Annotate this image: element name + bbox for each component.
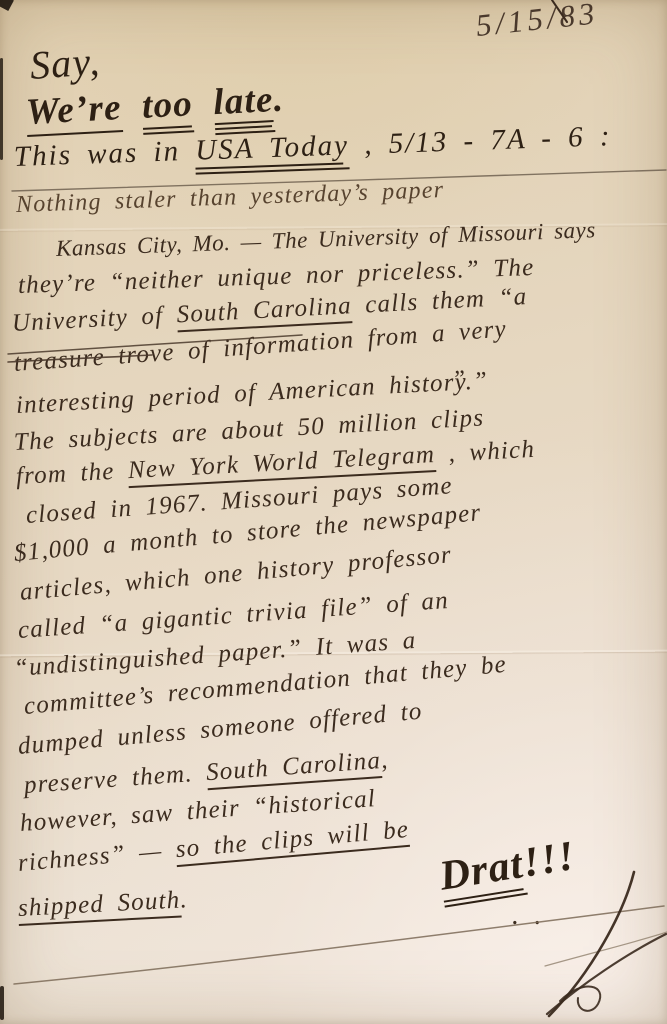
line-opening-seg-4: late: [212, 79, 275, 135]
line-source-seg-0: This was in: [13, 135, 195, 173]
line-body-7-seg-0: from the: [15, 457, 128, 490]
line-opening-seg-2: too: [141, 83, 194, 135]
line-opening-seg-5: .: [272, 79, 285, 120]
line-body-3-seg-1: South Carolina: [176, 292, 353, 332]
line-closing-dots-seg-0: . .: [512, 900, 543, 931]
line-stray-close-quote: ”: [451, 367, 467, 392]
line-body-15-seg-0: preserve them.: [23, 759, 207, 799]
line-opening-seg-1: [121, 86, 144, 128]
line-body-7-seg-2: , which: [434, 436, 535, 468]
line-body-17-seg-0: richness” —: [17, 836, 177, 877]
scan-edge-strip-left-bottom: [0, 986, 4, 1020]
line-date: 5/15/83: [474, 0, 599, 41]
line-body-15-seg-1: South Carolina: [205, 747, 382, 790]
scan-edge-strip-left: [0, 58, 3, 160]
line-body-18-seg-1: .: [180, 886, 189, 913]
handwritten-letter: 5/15/83Say,We’re too late.This was in US…: [0, 0, 667, 1024]
line-greeting: Say,: [29, 41, 102, 86]
line-source-seg-1: USA Today: [195, 129, 350, 174]
line-closing-seg-0: Drat: [436, 841, 528, 908]
line-stray-close-quote-seg-0: ”: [451, 366, 467, 393]
line-body-18: shipped South.: [17, 887, 188, 921]
line-closing-dots: . .: [512, 902, 543, 930]
line-closing: Drat!!!: [437, 835, 579, 898]
line-closing-seg-1: !!!: [520, 833, 579, 887]
line-headline: Nothing staler than yesterday’s paper: [16, 178, 445, 217]
line-body-18-seg-0: shipped South: [17, 887, 181, 926]
line-opening: We’re too late.: [25, 81, 285, 131]
line-greeting-seg-0: Say,: [28, 38, 101, 88]
signature-stroke-2: [547, 934, 666, 1014]
flourish-cross-line: [545, 932, 667, 966]
line-source-seg-2: , 5/13 - 7A - 6 :: [348, 120, 612, 161]
line-headline-seg-0: Nothing staler than yesterday’s paper: [16, 177, 445, 218]
signature-stroke-1: [549, 872, 634, 1016]
scan-edge-mark-top-left: [0, 0, 14, 11]
line-opening-seg-3: [192, 82, 215, 124]
signature-stroke-3: [560, 987, 600, 1011]
line-body-3-seg-2: calls them “a: [351, 283, 528, 319]
line-body-3-seg-0: University of: [11, 301, 177, 337]
line-body-15-seg-2: ,: [380, 747, 389, 774]
line-date-seg-0: 5/15/83: [474, 0, 600, 43]
line-opening-seg-0: We’re: [25, 87, 123, 137]
